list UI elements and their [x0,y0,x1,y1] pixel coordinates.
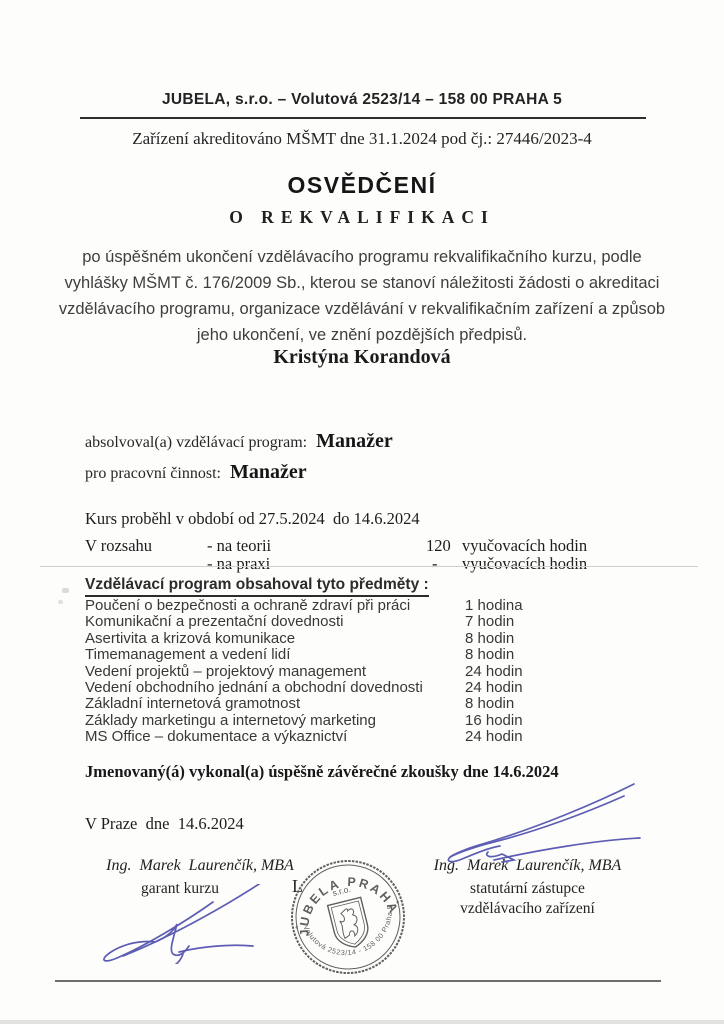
subject-hours: 16 hodin [465,713,645,729]
occupation-value: Manažer [230,461,307,484]
practice-hours: - [432,554,438,574]
certificate-title: OSVĚDČENÍ [0,172,724,199]
subject-row: Komunikační a prezentační dovednosti 7 h… [85,614,645,630]
scan-noise [58,600,63,604]
company-header: JUBELA, s.r.o. – Volutová 2523/14 – 158 … [0,91,724,109]
subject-row: Vedení obchodního jednání a obchodní dov… [85,680,645,696]
subject-hours: 24 hodin [465,664,645,680]
section-rule [40,566,698,567]
subject-hours: 1 hodina [465,598,645,614]
subject-row: Základy marketingu a internetový marketi… [85,713,645,729]
right-signature-scribble [428,780,643,865]
scan-bottom-edge [0,1020,724,1024]
subject-row: MS Office – dokumentace a výkaznictví 24… [85,729,645,745]
practice-label: - na praxi [207,554,270,574]
subject-row: Asertivita a krizová komunikace 8 hodin [85,631,645,647]
subject-name: Asertivita a krizová komunikace [85,631,465,647]
graduate-name: Kristýna Korandová [0,346,724,369]
occupation-label: pro pracovní činnost: [85,465,221,483]
place-date: V Praze dne 14.6.2024 [85,814,244,834]
subject-name: MS Office – dokumentace a výkaznictví [85,729,465,745]
certificate-page: JUBELA, s.r.o. – Volutová 2523/14 – 158 … [0,0,724,1024]
program-line: absolvoval(a) vzdělávací program: Manaže… [85,430,393,453]
subjects-heading: Vzdělávací program obsahoval tyto předmě… [85,576,429,597]
left-signature-scribble [93,884,278,964]
scope-label: V rozsahu [85,536,152,556]
subject-row: Timemanagement a vedení lidí 8 hodin [85,647,645,663]
subject-hours: 24 hodin [465,680,645,696]
accreditation-line: Zařízení akreditováno MŠMT dne 31.1.2024… [0,129,724,149]
subject-hours: 24 hodin [465,729,645,745]
subject-name: Základy marketingu a internetový marketi… [85,713,465,729]
right-signer-role1: statutární zástupce [420,880,635,898]
scan-noise [62,588,69,593]
theory-label: - na teorii [207,536,271,556]
theory-unit: vyučovacích hodin [462,536,587,556]
intro-paragraph: po úspěšném ukončení vzdělávacího progra… [58,244,666,348]
program-value: Manažer [316,430,393,453]
practice-unit: vyučovacích hodin [462,554,587,574]
certificate-subtitle: O REKVALIFIKACI [0,207,724,228]
footer-rule [55,980,661,982]
subjects-list: Poučení o bezpečnosti a ochraně zdraví p… [85,598,645,746]
right-signer-role2: vzdělávacího zařízení [420,900,635,918]
stamp-arc-bottom-text: Volutová 2523/14 - 158 00 Praha 5 [301,903,404,968]
subject-hours: 7 hodin [465,614,645,630]
occupation-line: pro pracovní činnost: Manažer [85,461,307,484]
subject-hours: 8 hodin [465,631,645,647]
subject-name: Vedení projektů – projektový management [85,664,465,680]
subject-hours: 8 hodin [465,647,645,663]
program-label: absolvoval(a) vzdělávací program: [85,434,307,452]
subject-name: Poučení o bezpečnosti a ochraně zdraví p… [85,598,465,614]
header-rule [80,117,646,119]
exam-statement: Jmenovaný(á) vykonal(a) úspěšně závěrečn… [85,762,559,782]
subject-name: Základní internetová gramotnost [85,696,465,712]
subject-name: Komunikační a prezentační dovednosti [85,614,465,630]
subject-row: Poučení o bezpečnosti a ochraně zdraví p… [85,598,645,614]
course-period: Kurs proběhl v období od 27.5.2024 do 14… [85,509,420,529]
svg-text:Volutová 2523/14 - 158 00 Prah: Volutová 2523/14 - 158 00 Praha 5 [301,903,404,968]
theory-hours: 120 [426,536,451,556]
subject-name: Vedení obchodního jednání a obchodní dov… [85,680,465,696]
subject-name: Timemanagement a vedení lidí [85,647,465,663]
subject-hours: 8 hodin [465,696,645,712]
subject-row: Základní internetová gramotnost 8 hodin [85,696,645,712]
subject-row: Vedení projektů – projektový management … [85,664,645,680]
